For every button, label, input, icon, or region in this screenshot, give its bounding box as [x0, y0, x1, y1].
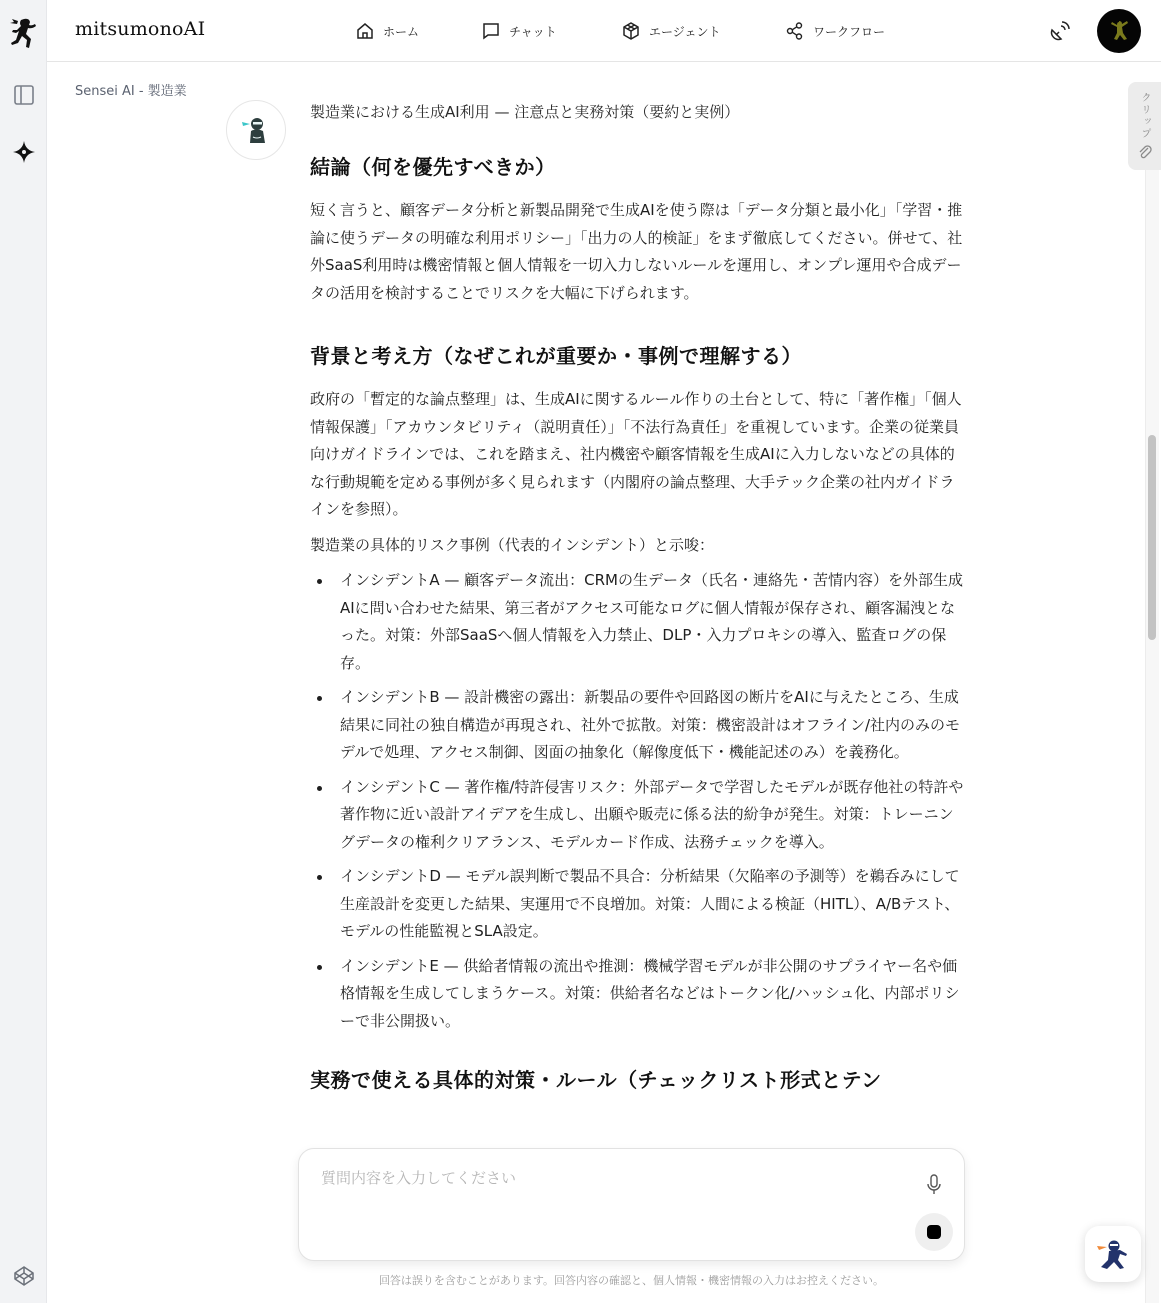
- assistant-message: 製造業における生成AI利用 — 注意点と実務対策（要約と実例） 結論（何を優先す…: [310, 100, 965, 1142]
- nav-agent[interactable]: エージェント: [621, 0, 721, 62]
- sidebar-toggle-icon[interactable]: [0, 84, 47, 106]
- nav-home[interactable]: ホーム: [355, 0, 419, 62]
- ninja-logo-icon[interactable]: [0, 16, 47, 52]
- assistant-avatar: [226, 100, 286, 160]
- top-header: mitsumonoAI ホーム チャット エージェント ワークフロー: [47, 0, 1161, 62]
- scroll-fade: [300, 1128, 970, 1148]
- stop-button[interactable]: [915, 1213, 953, 1251]
- clip-tab[interactable]: クリップ: [1128, 82, 1161, 170]
- stop-icon: [927, 1225, 941, 1239]
- list-item: インシデントC — 著作権/特許侵害リスク：外部データで学習したモデルが既存他社…: [310, 774, 965, 857]
- chat-icon: [481, 21, 501, 41]
- scrollbar-track[interactable]: [1145, 170, 1159, 1303]
- section-heading-background: 背景と考え方（なぜこれが重要か・事例で理解する）: [310, 341, 965, 371]
- breadcrumb: Sensei AI - 製造業: [75, 80, 187, 99]
- broadcast-button[interactable]: [1047, 0, 1073, 62]
- user-avatar[interactable]: [1097, 0, 1141, 62]
- risk-cases-intro: 製造業の具体的リスク事例（代表的インシデント）と示唆：: [310, 532, 965, 560]
- brand-logo[interactable]: mitsumonoAI: [75, 18, 205, 40]
- codepen-icon[interactable]: [0, 1265, 47, 1287]
- sparkle-icon[interactable]: [0, 140, 47, 164]
- home-icon: [355, 21, 375, 41]
- conclusion-paragraph: 短く言うと、顧客データ分析と新製品開発で生成AIを使う際は「データ分類と最小化」…: [310, 197, 965, 307]
- section-heading-conclusion: 結論（何を優先すべきか）: [310, 152, 965, 182]
- share-icon: [785, 21, 805, 41]
- ninja-mascot-icon: [1093, 1234, 1133, 1274]
- background-paragraph: 政府の「暫定的な論点整理」は、生成AIに関するルール作りの土台として、特に「著作…: [310, 386, 965, 524]
- paperclip-icon: [1138, 144, 1152, 160]
- ninja-sensei-icon: [239, 113, 273, 147]
- list-item: インシデントA — 顧客データ流出：CRMの生データ（氏名・連絡先・苦情内容）を…: [310, 567, 965, 677]
- list-item: インシデントE — 供給者情報の流出や推測：機械学習モデルが非公開のサプライヤー…: [310, 953, 965, 1036]
- nav-chat-label: チャット: [509, 23, 557, 40]
- cube-icon: [621, 21, 641, 41]
- nav-workflow-label: ワークフロー: [813, 23, 885, 40]
- floating-assistant-button[interactable]: [1085, 1226, 1141, 1282]
- nav-chat[interactable]: チャット: [481, 0, 557, 62]
- incident-list: インシデントA — 顧客データ流出：CRMの生データ（氏名・連絡先・苦情内容）を…: [310, 567, 965, 1035]
- nav-workflow[interactable]: ワークフロー: [785, 0, 885, 62]
- message-title: 製造業における生成AI利用 — 注意点と実務対策（要約と実例）: [310, 100, 965, 124]
- chat-composer: [298, 1148, 965, 1261]
- scrollbar-thumb[interactable]: [1148, 435, 1156, 640]
- mic-button[interactable]: [925, 1173, 943, 1201]
- question-input[interactable]: [321, 1169, 901, 1187]
- disclaimer-text: 回答は誤りを含むことがあります。回答内容の確認と、個人情報・機密情報の入力はお控…: [298, 1272, 965, 1288]
- clip-tab-label: クリップ: [1137, 92, 1152, 140]
- list-item: インシデントD — モデル誤判断で製品不具合：分析結果（欠陥率の予測等）を鵜呑み…: [310, 863, 965, 946]
- list-item: インシデントB — 設計機密の露出：新製品の要件や回路図の断片をAIに与えたとこ…: [310, 684, 965, 767]
- nav-agent-label: エージェント: [649, 23, 721, 40]
- left-rail: [0, 0, 47, 1303]
- nav-home-label: ホーム: [383, 23, 419, 40]
- satellite-dish-icon: [1047, 18, 1073, 44]
- section-heading-measures: 実務で使える具体的対策・ルール（チェックリスト形式とテン: [310, 1065, 965, 1095]
- microphone-icon: [925, 1173, 943, 1197]
